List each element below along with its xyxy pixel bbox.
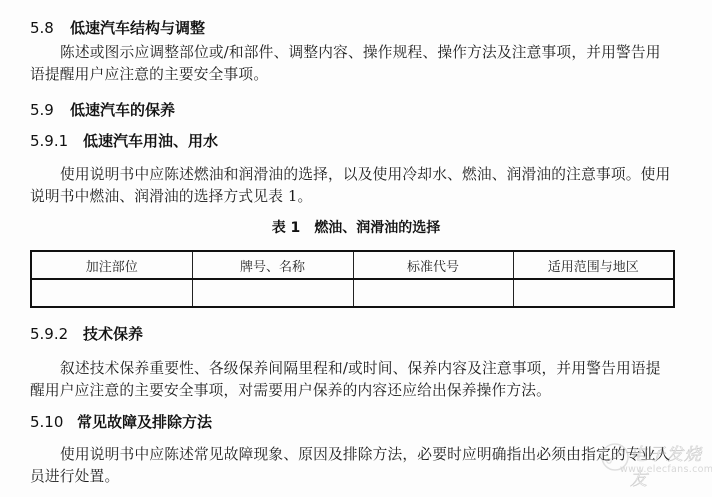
section-heading-5-10: 5.10常见故障及排除方法 xyxy=(30,413,212,431)
section-body-5-10: 使用说明书中应陈述常见故障现象、原因及排除方法，必要时应明确指出必须由指定的专业… xyxy=(30,444,674,487)
section-heading-5-9: 5.9低速汽车的保养 xyxy=(30,101,175,119)
section-body-5-9-2: 叙述技术保养重要性、各级保养间隔里程和/或时间、保养内容及注意事项，并用警告用语… xyxy=(30,358,674,401)
table-caption-title: 燃油、润滑油的选择 xyxy=(314,220,440,236)
table-cell xyxy=(353,279,513,307)
watermark-url: www.elecfans.com xyxy=(620,464,712,475)
section-title: 常见故障及排除方法 xyxy=(77,413,212,431)
section-title: 技术保养 xyxy=(83,325,143,343)
column-header: 牌号、名称 xyxy=(192,251,353,279)
table-cell xyxy=(513,279,674,307)
column-header: 适用范围与地区 xyxy=(513,251,674,279)
section-number: 5.10 xyxy=(30,413,77,431)
section-title: 低速汽车用油、用水 xyxy=(83,132,218,150)
section-body-5-9-1: 使用说明书中应陈述燃油和润滑油的选择，以及使用冷却水、燃油、润滑油的注意事项。使… xyxy=(30,164,674,207)
section-number: 5.9.1 xyxy=(30,132,83,150)
section-heading-5-9-1: 5.9.1低速汽车用油、用水 xyxy=(30,132,218,150)
column-header: 加注部位 xyxy=(31,251,192,279)
section-heading-5-9-2: 5.9.2技术保养 xyxy=(30,325,143,343)
table-cell xyxy=(192,279,353,307)
watermark: 电子发烧友 www.elecfans.com xyxy=(600,440,710,495)
section-body-5-8: 陈述或图示应调整部位或/和部件、调整内容、操作规程、操作方法及注意事项，并用警告… xyxy=(30,42,674,85)
section-number: 5.9.2 xyxy=(30,325,83,343)
section-number: 5.9 xyxy=(30,101,70,119)
section-heading-5-8: 5.8低速汽车结构与调整 xyxy=(30,19,205,37)
column-header: 标准代号 xyxy=(353,251,513,279)
table-row xyxy=(31,279,674,307)
fuel-lubricant-table: 加注部位 牌号、名称 标准代号 适用范围与地区 xyxy=(30,250,675,308)
section-title: 低速汽车结构与调整 xyxy=(70,19,205,37)
table-caption: 表 1燃油、润滑油的选择 xyxy=(0,219,712,237)
table-header-row: 加注部位 牌号、名称 标准代号 适用范围与地区 xyxy=(31,251,674,279)
table-caption-number: 表 1 xyxy=(272,220,301,236)
section-number: 5.8 xyxy=(30,19,70,37)
section-title: 低速汽车的保养 xyxy=(70,101,175,119)
table-cell xyxy=(31,279,192,307)
